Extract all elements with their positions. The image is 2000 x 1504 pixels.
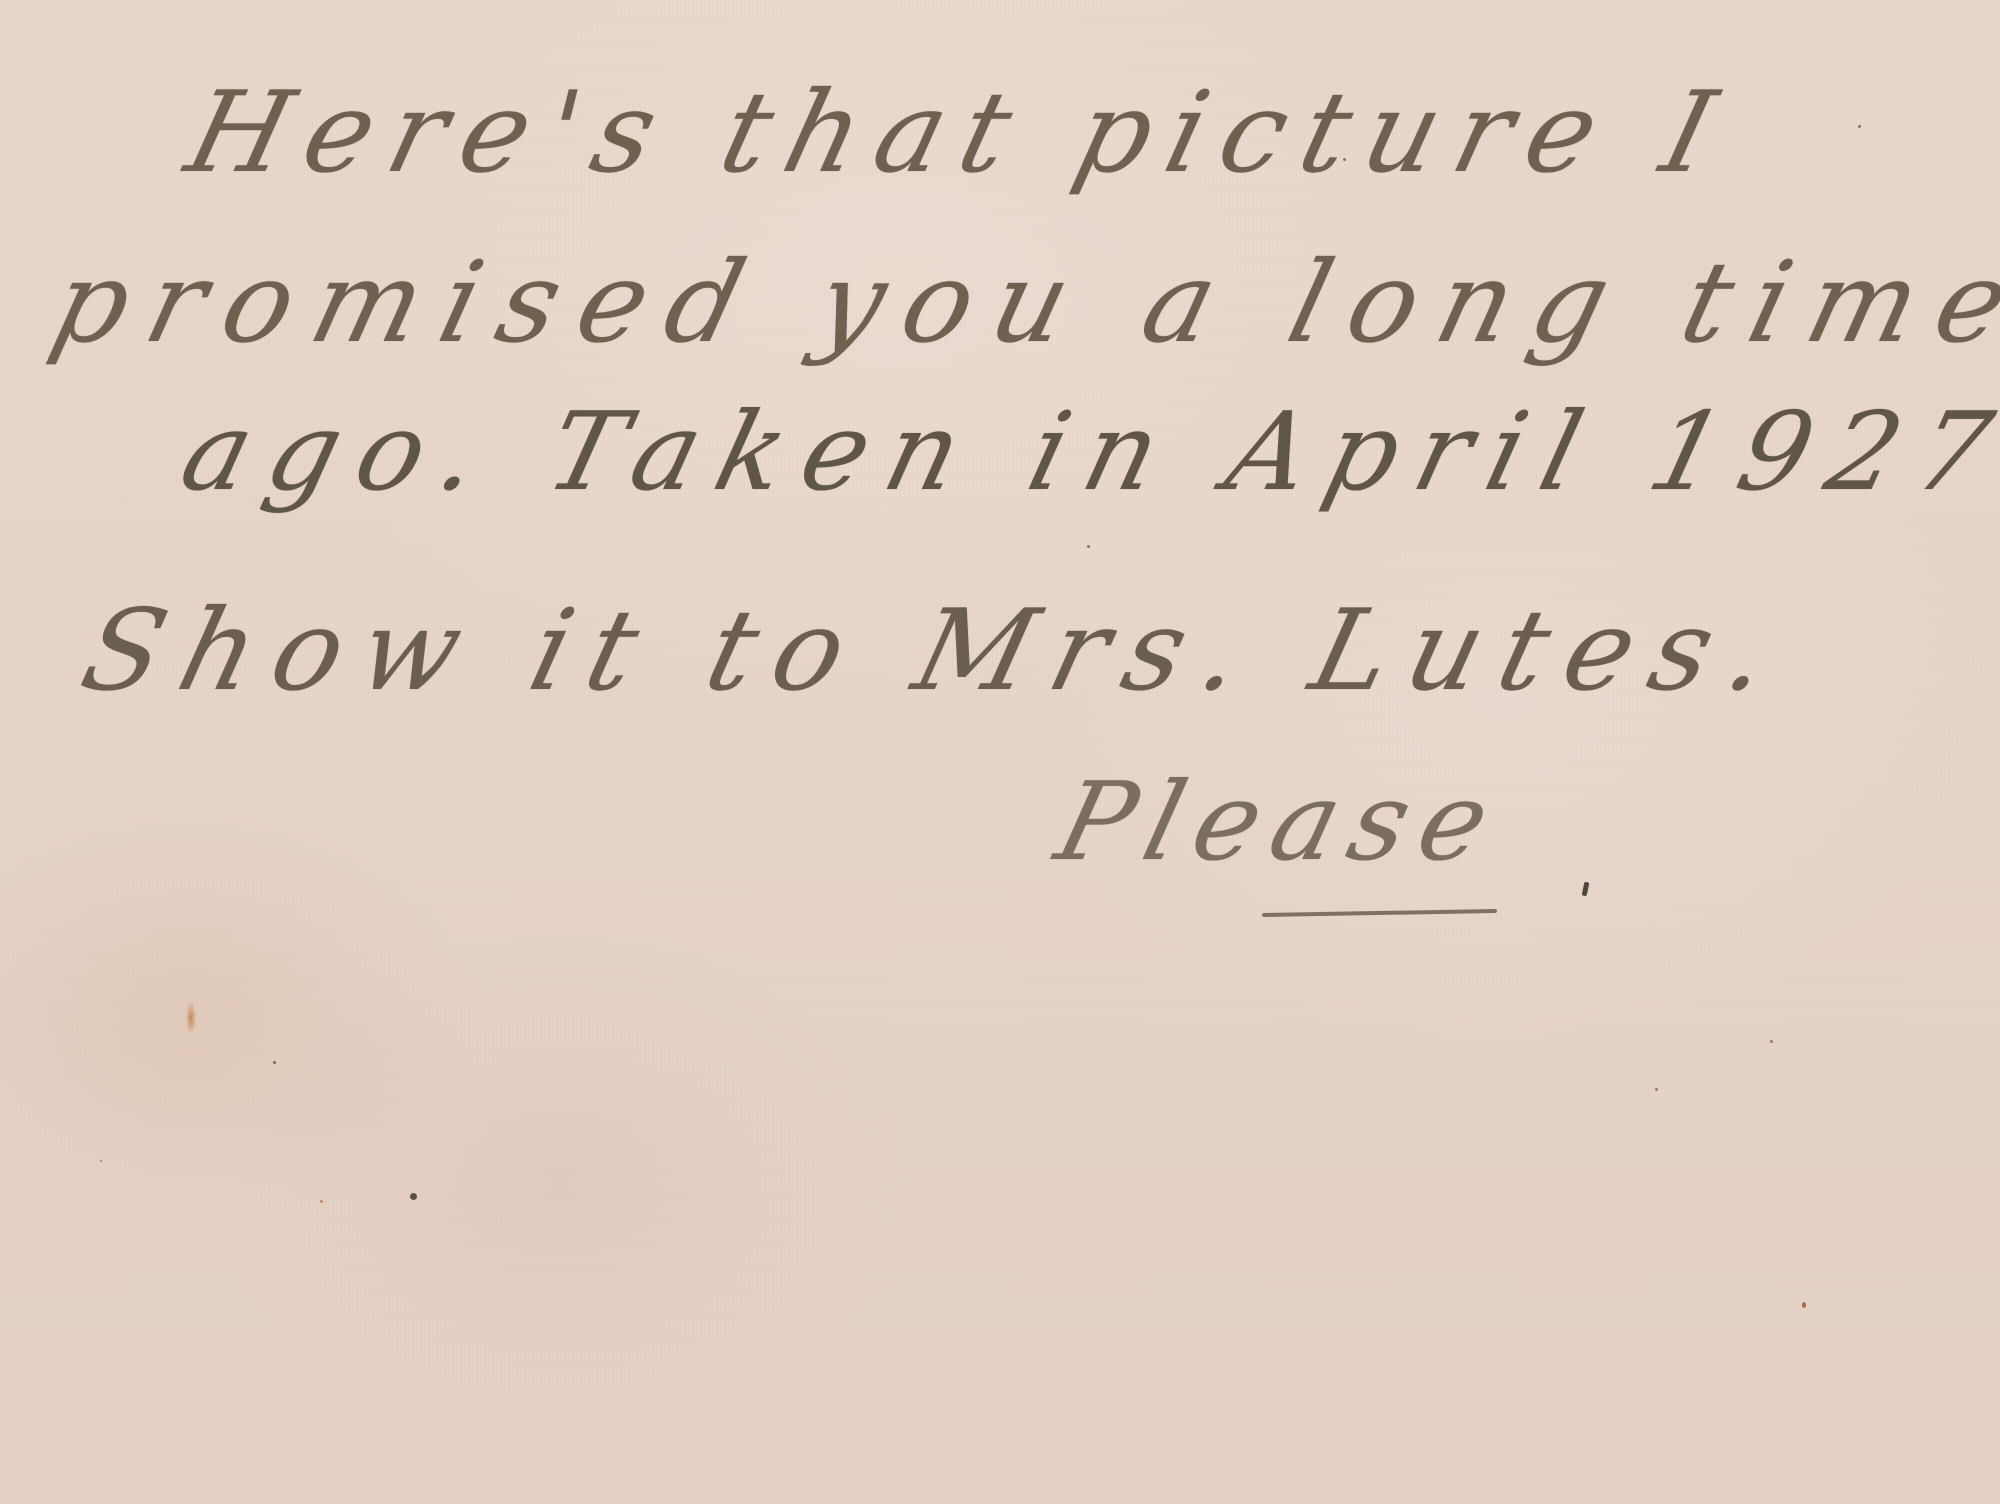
paper-grain-texture (0, 0, 2000, 1504)
please-underline (1262, 909, 1497, 917)
paper-speck (1087, 545, 1090, 548)
closing-comma-mark (1582, 882, 1590, 897)
aged-paper-sheet: Here's that picture I promised you a lon… (0, 0, 2000, 1504)
paper-speck (273, 1061, 276, 1064)
paper-speck (100, 1160, 102, 1162)
note-closing-please: Please (1045, 760, 1515, 885)
paper-speck (410, 1193, 417, 1200)
note-line-3: ago. Taken in April 1927 (170, 390, 2000, 515)
paper-speck (320, 1200, 323, 1203)
paper-speck (1802, 1302, 1806, 1308)
note-line-4: Show it to Mrs. Lutes. (70, 586, 1802, 716)
rust-stain (186, 1002, 196, 1034)
paper-speck (1343, 158, 1346, 161)
paper-speck (1770, 1040, 1773, 1043)
note-line-2: promised you a long time (40, 238, 2000, 368)
paper-speck (1858, 125, 1861, 128)
note-line-1: Here's that picture I (175, 68, 1745, 198)
paper-speck (1655, 1088, 1658, 1091)
